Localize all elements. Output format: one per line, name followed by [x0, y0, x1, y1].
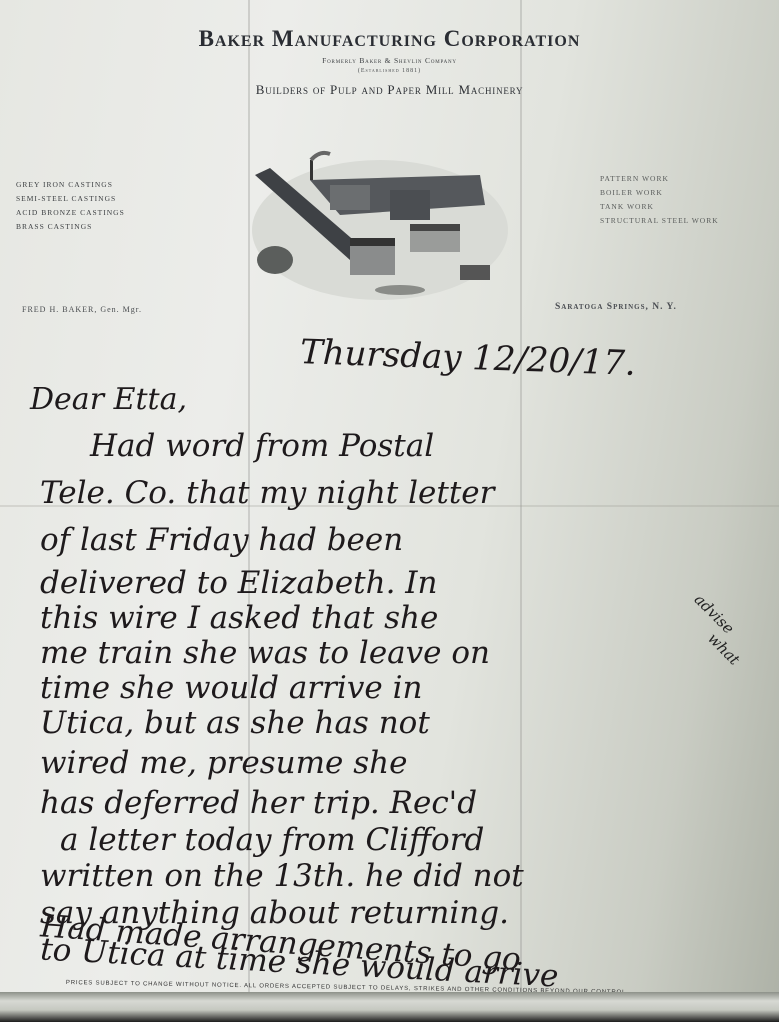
letter-line: a letter today from Clifford	[60, 822, 484, 858]
letter-line: of last Friday had been	[40, 522, 403, 558]
established-line: (Established 1881)	[0, 68, 779, 74]
general-manager: FRED H. BAKER, Gen. Mgr.	[22, 305, 142, 314]
underlying-sheet-edge	[0, 992, 779, 1022]
company-name: Baker Manufacturing Corporation	[0, 26, 779, 52]
company-tagline: Builders of Pulp and Paper Mill Machiner…	[0, 82, 779, 98]
letter-sheet: Baker Manufacturing Corporation Formerly…	[0, 0, 779, 1000]
letter-line: Tele. Co. that my night letter	[40, 475, 494, 511]
fold-crease	[520, 0, 522, 1000]
service-item: STRUCTURAL STEEL WORK	[600, 214, 719, 228]
letter-date: Thursday 12/20/17.	[299, 332, 636, 384]
letter-line: me train she was to leave on	[40, 635, 490, 671]
product-item: BRASS CASTINGS	[16, 220, 125, 234]
letter-line: delivered to Elizabeth. In	[40, 565, 438, 601]
service-item: BOILER WORK	[600, 186, 719, 200]
letter-line: wired me, presume she	[40, 745, 407, 781]
letter-greeting: Dear Etta,	[30, 382, 187, 417]
products-left-list: GREY IRON CASTINGS SEMI-STEEL CASTINGS A…	[16, 178, 125, 234]
letter-line: this wire I asked that she	[40, 600, 438, 636]
letter-line: written on the 13th. he did not	[40, 858, 524, 894]
formerly-line: Formerly Baker & Shevlin Company	[0, 56, 779, 65]
letter-line: has deferred her trip. Rec'd	[40, 785, 477, 821]
factory-illustration	[250, 150, 510, 300]
letter-line: Had word from Postal	[90, 428, 434, 464]
service-item: TANK WORK	[600, 200, 719, 214]
product-item: ACID BRONZE CASTINGS	[16, 206, 125, 220]
margin-insert: what	[704, 629, 743, 668]
letter-line: Utica, but as she has not	[40, 705, 430, 741]
products-right-list: PATTERN WORK BOILER WORK TANK WORK STRUC…	[600, 172, 719, 228]
letter-line: time she would arrive in	[40, 670, 422, 706]
service-item: PATTERN WORK	[600, 172, 719, 186]
product-item: GREY IRON CASTINGS	[16, 178, 125, 192]
product-item: SEMI-STEEL CASTINGS	[16, 192, 125, 206]
letterhead-location: Saratoga Springs, N. Y.	[555, 302, 677, 312]
